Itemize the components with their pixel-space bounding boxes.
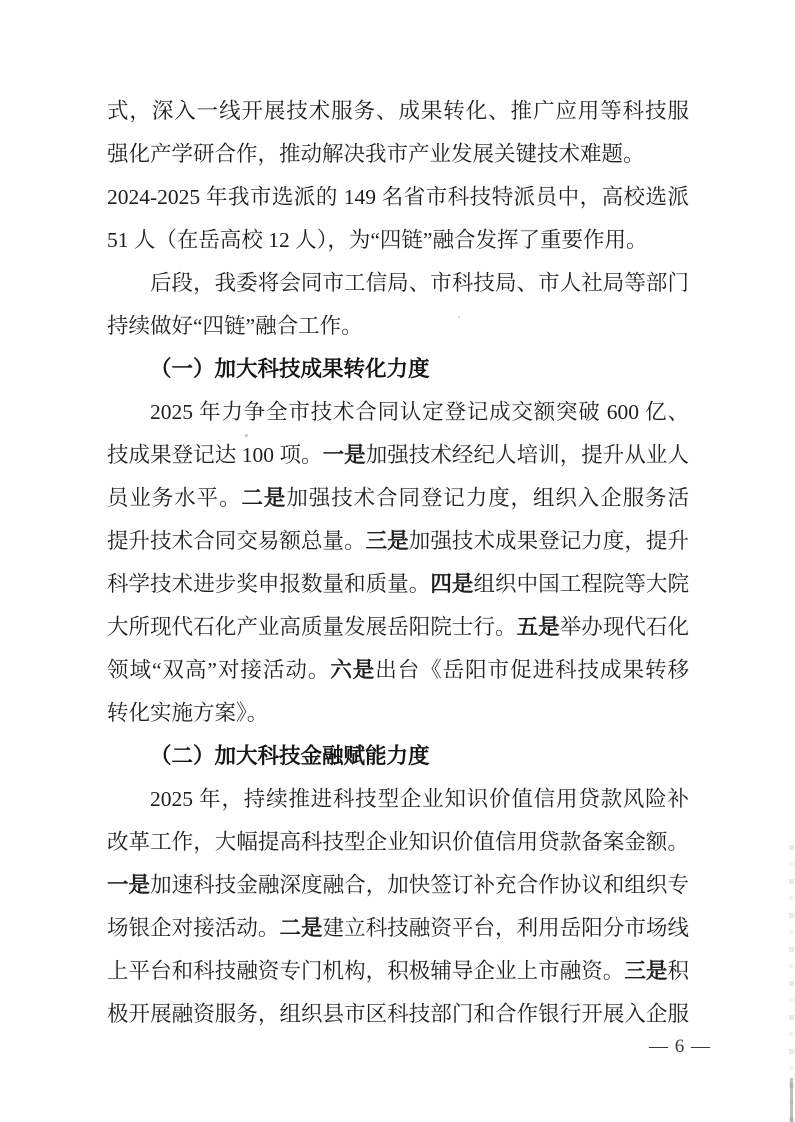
bold-run: 一是 — [107, 873, 150, 897]
text-run: 上平台和科技融资专门机构，积极辅导企业上市融资。 — [107, 959, 624, 983]
text-run: 提升技术合同交易额总量。 — [107, 529, 366, 553]
text-line: 上平台和科技融资专门机构，积极辅导企业上市融资。三是积 — [107, 950, 689, 993]
text-run: 极开展融资服务，组织县市区科技部门和合作银行开展入企服 — [107, 1002, 689, 1026]
text-line: 2024-2025 年我市选派的 149 名省市科技特派员中，高校选派 — [107, 176, 689, 219]
text-run: 持续做好“四链”融合工作。 — [107, 314, 363, 338]
text-run: 2024-2025 年我市选派的 149 名省市科技特派员中，高校选派 — [107, 185, 689, 209]
text-line: 转化实施方案》。 — [107, 692, 689, 735]
section-heading: （一）加大科技成果转化力度 — [107, 348, 689, 391]
text-line: 一是加速科技金融深度融合，加快签订补充合作协议和组织专 — [107, 864, 689, 907]
text-line: 后段，我委将会同市工信局、市科技局、市人社局等部门 — [107, 262, 689, 305]
section-heading: （二）加大科技金融赋能力度 — [107, 735, 689, 778]
text-line: 强化产学研合作，推动解决我市产业发展关键技术难题。 — [107, 133, 689, 176]
text-line: 提升技术合同交易额总量。三是加强技术成果登记力度，提升 — [107, 520, 689, 563]
text-run: 大所现代石化产业高质量发展岳阳院士行。 — [107, 615, 517, 639]
text-line: 改革工作，大幅提高科技型企业知识价值信用贷款备案金额。 — [107, 821, 689, 864]
text-run: 技成果登记达 100 项。 — [107, 443, 323, 467]
text-line: 科学技术进步奖申报数量和质量。四是组织中国工程院等大院 — [107, 563, 689, 606]
bold-run: 五是 — [517, 615, 560, 639]
text-run: 积 — [667, 959, 689, 983]
text-run: 加强技术经纪人培训，提升从业人 — [366, 443, 689, 467]
text-line: 领域“双高”对接活动。六是出台《岳阳市促进科技成果转移 — [107, 649, 689, 692]
page-number: — 6 — — [640, 1036, 720, 1058]
bold-run: 二是 — [279, 916, 322, 940]
text-line: 极开展融资服务，组织县市区科技部门和合作银行开展入企服 — [107, 993, 689, 1036]
text-run: 举办现代石化 — [560, 615, 689, 639]
bold-run: 二是 — [242, 486, 287, 510]
text-line: 员业务水平。二是加强技术合同登记力度，组织入企服务活动， — [107, 477, 689, 520]
text-run: 建立科技融资平台，利用岳阳分市场线 — [323, 916, 689, 940]
text-line: 技成果登记达 100 项。一是加强技术经纪人培训，提升从业人 — [107, 434, 689, 477]
bold-run: 一是 — [323, 443, 366, 467]
scan-speck — [458, 316, 460, 318]
text-run: 转化实施方案》。 — [107, 701, 268, 725]
bold-run: 三是 — [624, 959, 667, 983]
document-body: 式，深入一线开展技术服务、成果转化、推广应用等科技服务，强化产学研合作，推动解决… — [107, 90, 689, 1036]
text-line: 2025 年，持续推进科技型企业知识价值信用贷款风险补尝 — [107, 778, 689, 821]
text-run: 科学技术进步奖申报数量和质量。 — [107, 572, 430, 596]
text-run: （二）加大科技金融赋能力度 — [150, 744, 430, 768]
bold-run: 六是 — [330, 658, 375, 682]
text-run: 加强技术成果登记力度，提升 — [409, 529, 689, 553]
text-run: 改革工作，大幅提高科技型企业知识价值信用贷款备案金额。 — [107, 830, 689, 854]
text-run: 出台《岳阳市促进科技成果转移 — [375, 658, 689, 682]
text-line: 大所现代石化产业高质量发展岳阳院士行。五是举办现代石化 — [107, 606, 689, 649]
text-run: 51 人（在岳高校 12 人），为“四链”融合发挥了重要作用。 — [107, 228, 647, 252]
text-run: 场银企对接活动。 — [107, 916, 279, 940]
text-line: 持续做好“四链”融合工作。 — [107, 305, 689, 348]
text-run: 强化产学研合作，推动解决我市产业发展关键技术难题。 — [107, 142, 645, 166]
scan-speck — [245, 434, 248, 437]
text-run: （一）加大科技成果转化力度 — [150, 357, 430, 381]
scan-artifact-right-edge-dark — [790, 1078, 793, 1122]
scan-speck — [293, 507, 295, 509]
text-line: 51 人（在岳高校 12 人），为“四链”融合发挥了重要作用。 — [107, 219, 689, 262]
text-run: 员业务水平。 — [107, 486, 242, 510]
text-line: 场银企对接活动。二是建立科技融资平台，利用岳阳分市场线 — [107, 907, 689, 950]
document-page: 式，深入一线开展技术服务、成果转化、推广应用等科技服务，强化产学研合作，推动解决… — [0, 0, 795, 1122]
text-run: 后段，我委将会同市工信局、市科技局、市人社局等部门 — [150, 271, 689, 295]
text-run: 2025 年力争全市技术合同认定登记成交额突破 600 亿、科 — [107, 400, 689, 434]
text-run: 领域“双高”对接活动。 — [107, 658, 330, 682]
text-run: 2025 年，持续推进科技型企业知识价值信用贷款风险补尝 — [107, 787, 689, 821]
scan-speck — [557, 802, 559, 804]
bold-run: 三是 — [366, 529, 409, 553]
text-run: 加速科技金融深度融合，加快签订补充合作协议和组织专 — [150, 873, 689, 897]
text-run: 组织中国工程院等大院 — [473, 572, 689, 596]
text-run: 式，深入一线开展技术服务、成果转化、推广应用等科技服务， — [107, 99, 689, 133]
bold-run: 四是 — [430, 572, 473, 596]
text-line: 式，深入一线开展技术服务、成果转化、推广应用等科技服务， — [107, 90, 689, 133]
text-line: 2025 年力争全市技术合同认定登记成交额突破 600 亿、科 — [107, 391, 689, 434]
